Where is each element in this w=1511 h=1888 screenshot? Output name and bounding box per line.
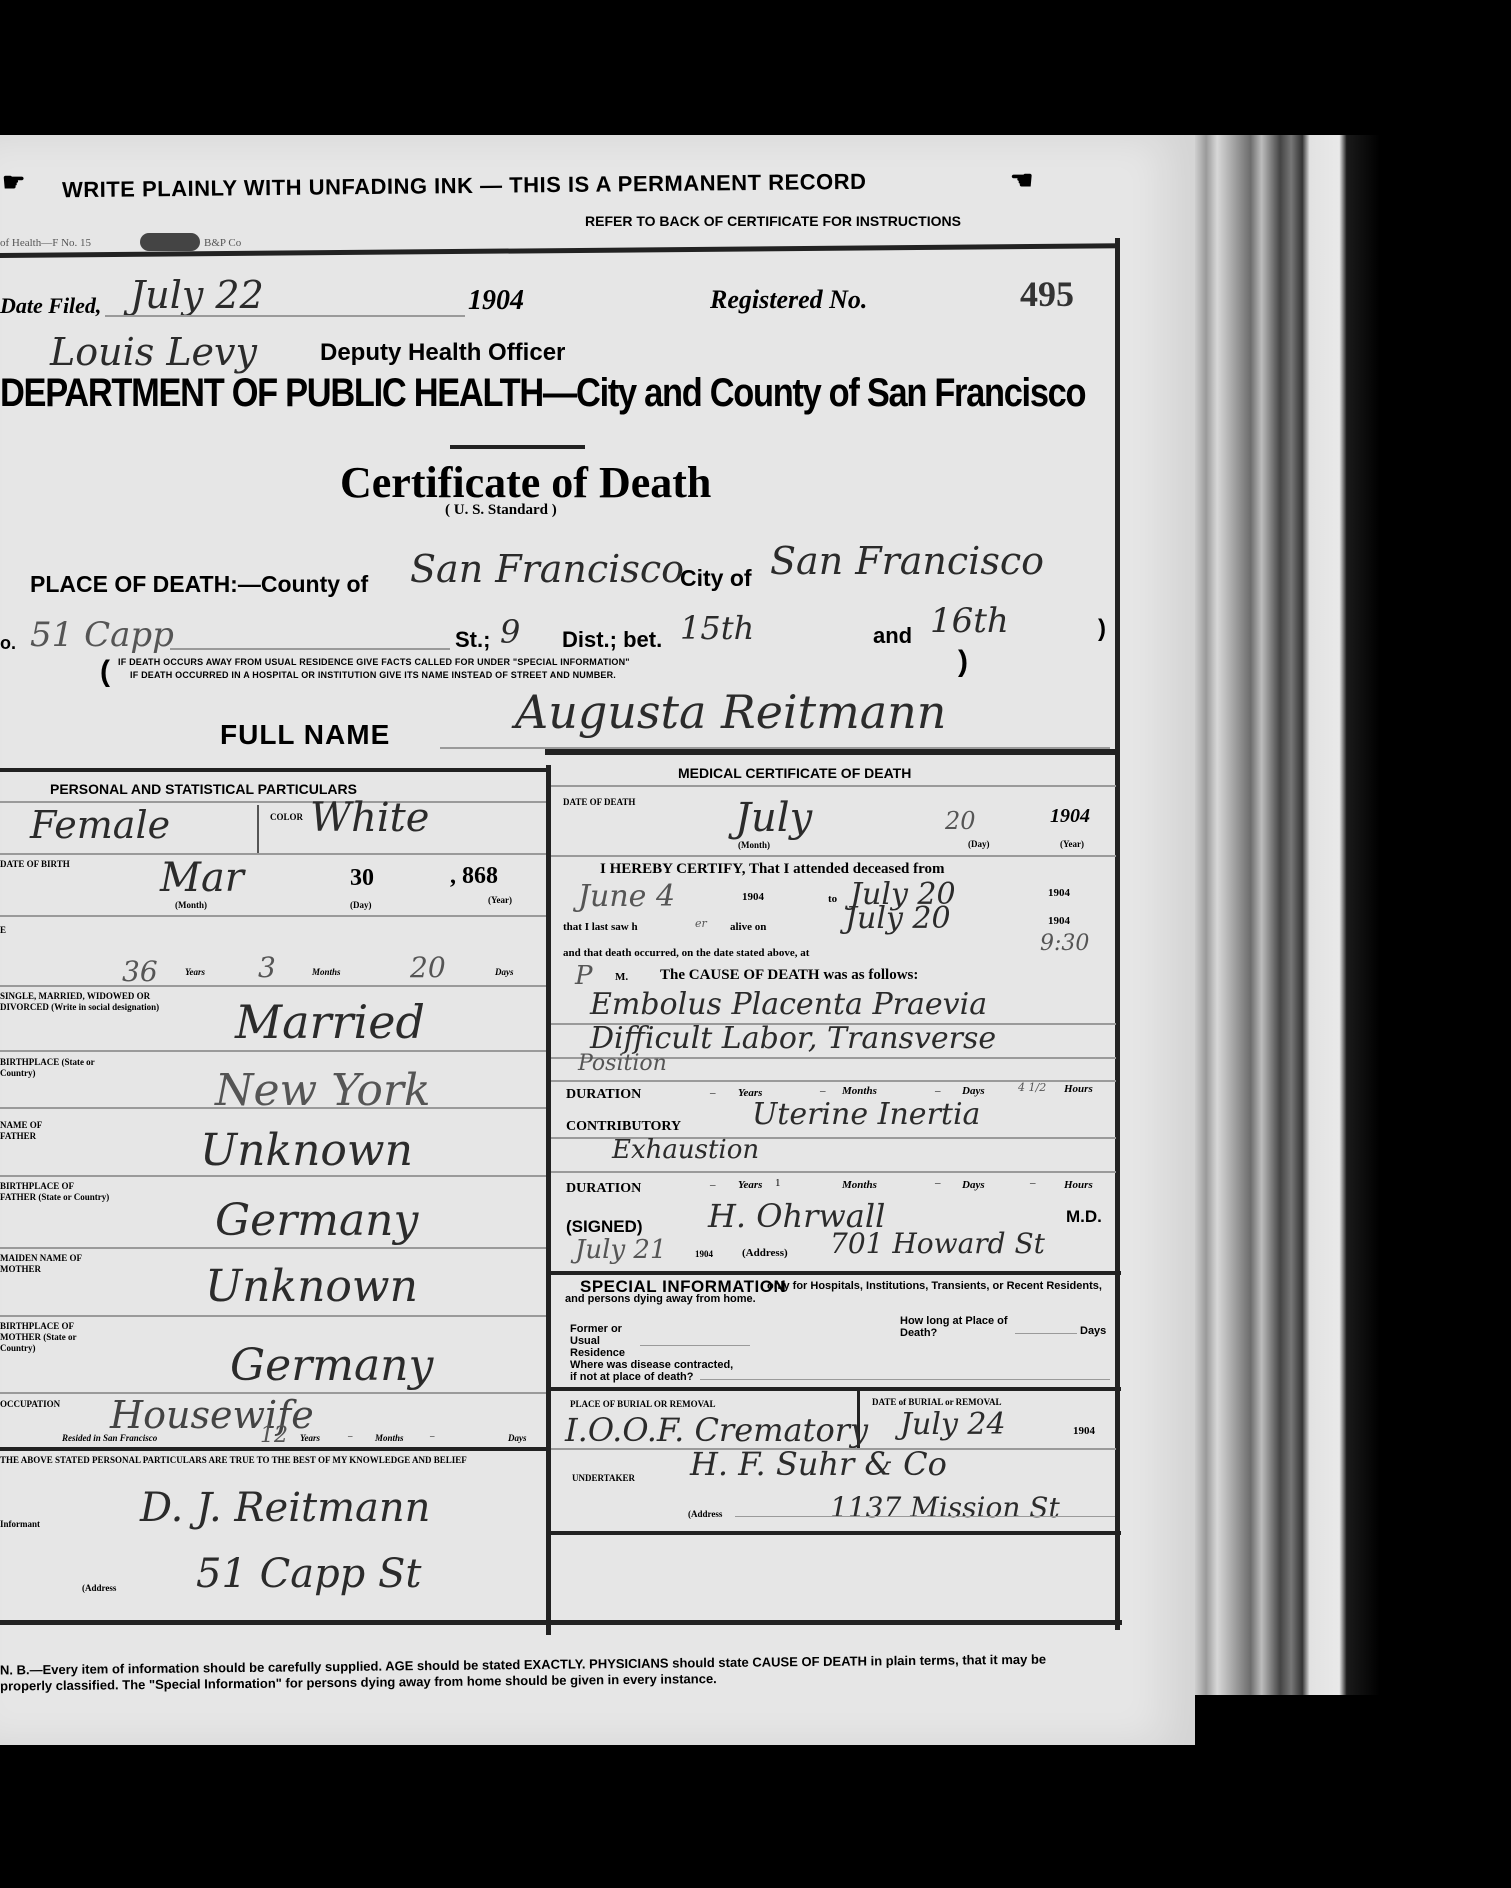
dod-month-caption: (Month) xyxy=(738,840,770,850)
duration-2-months-caption: Months xyxy=(842,1179,877,1191)
certificate-title: Certificate of Death xyxy=(340,457,711,508)
duration-2-years: – xyxy=(710,1179,716,1191)
department-title: DEPARTMENT OF PUBLIC HEALTH—City and Cou… xyxy=(0,371,1085,416)
place-note-2: IF DEATH OCCURRED IN A HOSPITAL OR INSTI… xyxy=(130,670,616,680)
time-of-death: 9:30 xyxy=(1040,931,1089,956)
dob-day: 30 xyxy=(350,865,374,892)
undertaker-address: 1137 Mission St xyxy=(830,1491,1060,1524)
informant-address: 51 Capp St xyxy=(196,1551,421,1597)
signed-label: (SIGNED) xyxy=(566,1217,643,1237)
duration-1-years: – xyxy=(710,1087,716,1099)
how-long-label: How long at Place of Death? xyxy=(900,1315,1010,1339)
undertaker-label: UNDERTAKER xyxy=(572,1473,635,1483)
md-label: M.D. xyxy=(1066,1207,1102,1227)
place-note-1: IF DEATH OCCURS AWAY FROM USUAL RESIDENC… xyxy=(118,657,630,667)
last-saw-date: July 20 xyxy=(845,901,951,936)
city-label: City of xyxy=(680,565,752,592)
burial-date: July 24 xyxy=(900,1407,1006,1442)
pointing-hand-icon: ☛ xyxy=(2,167,25,198)
marital-value: Married xyxy=(235,995,425,1049)
cause-line-3: Position xyxy=(578,1051,667,1076)
banner: WRITE PLAINLY WITH UNFADING INK — THIS I… xyxy=(62,169,867,203)
dob-label: DATE OF BIRTH xyxy=(0,859,70,869)
duration-2-days: – xyxy=(935,1177,941,1189)
last-saw-year: 1904 xyxy=(1048,915,1070,927)
age-years: 36 xyxy=(122,955,158,988)
resided-years-caption: Years xyxy=(300,1433,320,1443)
duration-1-days-caption: Days xyxy=(962,1085,985,1097)
occupation-label: OCCUPATION xyxy=(0,1399,60,1409)
dob-day-caption: (Day) xyxy=(350,900,372,910)
cause-intro: The CAUSE OF DEATH was as follows: xyxy=(660,967,918,984)
to-label: to xyxy=(828,893,837,905)
page-stack xyxy=(1195,135,1380,1695)
name-underline-thick xyxy=(545,749,1117,755)
father-birthplace-value: Germany xyxy=(215,1195,418,1246)
color-label: COLOR xyxy=(270,812,303,822)
standard-label: ( U. S. Standard ) xyxy=(445,502,557,519)
between-2: 16th xyxy=(930,601,1009,641)
duration-1-days: – xyxy=(935,1085,941,1097)
full-name-label: FULL NAME xyxy=(220,719,390,751)
mother-name-label: MAIDEN NAME OF MOTHER xyxy=(0,1253,110,1275)
resided-days: – xyxy=(430,1431,435,1441)
contributory-line-2: Exhaustion xyxy=(612,1135,759,1165)
street-label: St.; xyxy=(455,627,490,653)
personal-top-rule xyxy=(0,768,550,772)
district-label: Dist.; bet. xyxy=(562,627,662,653)
resided-days-caption: Days xyxy=(508,1433,527,1443)
burial-place: I.O.O.F. Crematory xyxy=(565,1411,868,1449)
special-heading-note: only for Hospitals, Institutions, Transi… xyxy=(565,1280,1115,1306)
union-label-icon xyxy=(140,233,200,251)
former-residence-label: Former or Usual Residence xyxy=(570,1323,640,1359)
registered-label: Registered No. xyxy=(710,285,867,315)
resided-months-caption: Months xyxy=(375,1433,404,1443)
undertaker-value: H. F. Suhr & Co xyxy=(690,1445,947,1483)
how-long-days-label: Days xyxy=(1080,1325,1106,1337)
dob-year: , 868 xyxy=(450,863,498,890)
duration-2-months: 1 xyxy=(775,1177,781,1189)
age-days: 20 xyxy=(410,951,446,984)
column-divider xyxy=(546,765,551,1635)
attended-from: June 4 xyxy=(578,879,675,914)
last-saw-pronoun: er xyxy=(695,917,707,930)
informant-value: D. J. Reitmann xyxy=(140,1485,430,1531)
dod-day-caption: (Day) xyxy=(968,839,990,849)
father-name-label: NAME OF FATHER xyxy=(0,1120,80,1142)
resided-years: 12 xyxy=(260,1423,288,1448)
printer: B&P Co xyxy=(204,237,241,249)
and-label: and xyxy=(873,623,912,649)
filed-year: 1904 xyxy=(468,285,524,317)
age-days-caption: Days xyxy=(495,967,514,977)
medical-heading: MEDICAL CERTIFICATE OF DEATH xyxy=(678,765,911,781)
duration-2-years-caption: Years xyxy=(738,1179,762,1191)
duration-1-months-caption: Months xyxy=(842,1085,877,1097)
age-years-caption: Years xyxy=(185,967,205,977)
dod-month: July xyxy=(735,795,812,841)
officer-signature: Louis Levy xyxy=(50,330,257,374)
dob-year-caption: (Year) xyxy=(488,895,512,905)
father-name-value: Unknown xyxy=(200,1125,413,1176)
age-label: E xyxy=(0,925,6,935)
marital-label: SINGLE, MARRIED, WIDOWED OR DIVORCED (Wr… xyxy=(0,991,180,1013)
attended-from-year: 1904 xyxy=(742,891,764,903)
frame-right xyxy=(1115,238,1120,1630)
age-months-caption: Months xyxy=(312,967,341,977)
pointing-hand-icon-right: ☛ xyxy=(1010,165,1033,196)
dod-year: 1904 xyxy=(1050,805,1090,828)
form-code: of Health—F No. 15 xyxy=(0,237,91,249)
district-value: 9 xyxy=(500,613,520,651)
contributory-label: CONTRIBUTORY xyxy=(566,1119,681,1135)
undertaker-address-label: (Address xyxy=(688,1509,722,1519)
burial-date-label: DATE of BURIAL or REMOVAL xyxy=(872,1397,1002,1407)
date-filed-value: July 22 xyxy=(130,273,264,317)
dod-label: DATE OF DEATH xyxy=(563,797,635,807)
no-prefix: o. xyxy=(0,633,16,654)
father-birthplace-label: BIRTHPLACE OF FATHER (State or Country) xyxy=(0,1181,110,1203)
burial-year: 1904 xyxy=(1073,1425,1095,1437)
dod-year-caption: (Year) xyxy=(1060,839,1084,849)
street-value: 51 Capp xyxy=(30,615,174,655)
duration-1-hours-caption: Hours xyxy=(1064,1083,1093,1095)
registered-number: 495 xyxy=(1020,273,1074,315)
certificate-page: ☛ WRITE PLAINLY WITH UNFADING INK — THIS… xyxy=(0,135,1195,1745)
dob-month-caption: (Month) xyxy=(175,900,207,910)
physician-address: 701 Howard St xyxy=(830,1227,1045,1260)
last-saw-text: that I last saw h xyxy=(563,921,638,933)
mother-name-value: Unknown xyxy=(205,1261,418,1312)
resided-label: Resided in San Francisco xyxy=(62,1433,157,1443)
cause-line-1: Embolus Placenta Praevia xyxy=(590,987,987,1022)
date-filed-label: Date Filed, xyxy=(0,293,101,319)
duration-1-hours: 4 1/2 xyxy=(1018,1081,1046,1094)
physician-address-label: (Address) xyxy=(742,1247,788,1259)
mother-birthplace-label: BIRTHPLACE OF MOTHER (State or Country) xyxy=(0,1321,110,1354)
dod-day: 20 xyxy=(945,807,976,835)
contributory-line-1: Uterine Inertia xyxy=(752,1097,980,1132)
full-name-value: Augusta Reitmann xyxy=(515,685,946,739)
duration-label-2: DURATION xyxy=(566,1181,641,1197)
city-value: San Francisco xyxy=(770,539,1044,583)
signed-year: 1904 xyxy=(695,1249,713,1259)
duration-label-1: DURATION xyxy=(566,1087,641,1103)
resided-months: – xyxy=(348,1431,353,1441)
certify-text: I HEREBY CERTIFY, That I attended deceas… xyxy=(600,861,945,878)
attest-text: THE ABOVE STATED PERSONAL PARTICULARS AR… xyxy=(0,1455,540,1466)
refer-back-note: REFER TO BACK OF CERTIFICATE FOR INSTRUC… xyxy=(585,213,961,229)
duration-1-months: – xyxy=(820,1085,826,1097)
paren-close: ) xyxy=(1098,615,1106,643)
officer-title: Deputy Health Officer xyxy=(320,339,565,367)
informant-label: Informant xyxy=(0,1519,40,1529)
duration-2-days-caption: Days xyxy=(962,1179,985,1191)
m-label: M. xyxy=(615,971,628,983)
paren-open: ( xyxy=(100,655,110,689)
sex-value: Female xyxy=(30,803,170,847)
county-value: San Francisco xyxy=(410,547,684,591)
mother-birthplace-value: Germany xyxy=(230,1340,433,1391)
birthplace-label: BIRTHPLACE (State or Country) xyxy=(0,1057,110,1079)
attended-to-year: 1904 xyxy=(1048,887,1070,899)
paren-close-2: ) xyxy=(958,645,968,679)
burial-place-label: PLACE OF BURIAL OR REMOVAL xyxy=(570,1399,716,1409)
duration-2-hours: – xyxy=(1030,1177,1036,1189)
title-divider xyxy=(450,445,585,449)
duration-2-hours-caption: Hours xyxy=(1064,1179,1093,1191)
paper-bottom-shade xyxy=(0,1742,1511,1888)
age-months: 3 xyxy=(258,951,276,984)
color-value: White xyxy=(310,795,429,841)
occurred-text: and that death occurred, on the date sta… xyxy=(563,947,809,959)
informant-address-label: (Address xyxy=(82,1583,116,1593)
between-1: 15th xyxy=(680,609,754,647)
signed-date: July 21 xyxy=(575,1235,667,1265)
dob-month: Mar xyxy=(160,855,244,901)
alive-on-label: alive on xyxy=(730,921,766,933)
place-of-death-label: PLACE OF DEATH:—County of xyxy=(30,571,368,598)
footnote: N. B.—Every item of information should b… xyxy=(0,1651,1060,1694)
